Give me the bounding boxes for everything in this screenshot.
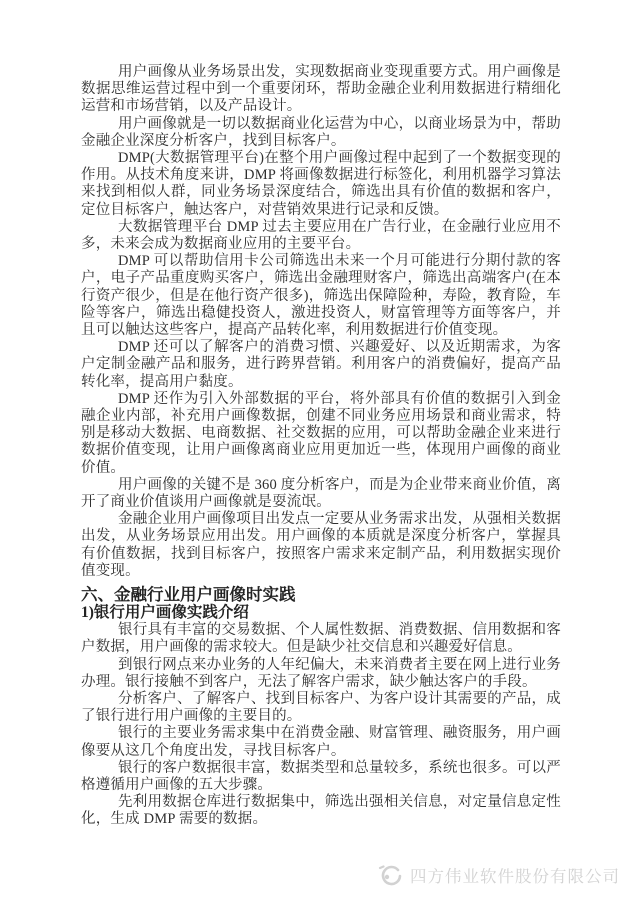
paragraph: DMP 还可以了解客户的消费习惯、兴趣爱好、以及近期需求，为客户定制金融产品和服…	[81, 339, 561, 391]
company-logo-icon	[377, 862, 403, 888]
paragraph: DMP 还作为引入外部数据的平台，将外部具有价值的数据引入到金融企业内部，补充用…	[81, 391, 561, 477]
paragraph: 先利用数据仓库进行数据集中，筛选出强相关信息，对定量信息定性化，生成 DMP 需…	[81, 794, 561, 828]
article-body: 用户画像从业务场景出发，实现数据商业变现重要方式。用户画像是数据思维运营过程中到…	[81, 64, 561, 829]
section-heading: 六、金融行业用户画像时实践	[81, 585, 561, 604]
paragraph: 到银行网点来办业务的人年纪偏大，未来消费者主要在网上进行业务办理。银行接触不到客…	[81, 657, 561, 691]
paragraph: 用户画像从业务场景出发，实现数据商业变现重要方式。用户画像是数据思维运营过程中到…	[81, 64, 561, 116]
company-name: 四方伟业软件股份有限公司	[410, 863, 620, 887]
paragraph: 用户画像就是一切以数据商业化运营为中心，以商业场景为中，帮助金融企业深度分析客户…	[81, 116, 561, 150]
paragraph: 大数据管理平台 DMP 过去主要应用在广告行业，在金融行业应用不多，未来会成为数…	[81, 219, 561, 253]
paragraph: DMP(大数据管理平台)在整个用户画像过程中起到了一个数据变现的作用。从技术角度…	[81, 150, 561, 219]
document-page: 用户画像从业务场景出发，实现数据商业变现重要方式。用户画像是数据思维运营过程中到…	[0, 0, 640, 905]
paragraph: 分析客户、了解客户、找到目标客户、为客户设计其需要的产品，成了银行进行用户画像的…	[81, 691, 561, 725]
paragraph: DMP 可以帮助信用卡公司筛选出未来一个月可能进行分期付款的客户，电子产品重度购…	[81, 253, 561, 339]
paragraph: 银行的主要业务需求集中在消费金融、财富管理、融资服务，用户画像要从这几个角度出发…	[81, 725, 561, 759]
paragraph: 银行的客户数据很丰富，数据类型和总量较多，系统也很多。可以严格遵循用户画像的五大…	[81, 760, 561, 794]
subsection-heading: 1)银行用户画像实践介绍	[81, 604, 561, 622]
paragraph: 金融企业用户画像项目出发点一定要从业务需求出发，从强相关数据出发，从业务场景应用…	[81, 511, 561, 580]
footer-watermark: 四方伟业软件股份有限公司	[377, 862, 620, 888]
paragraph: 用户画像的关键不是 360 度分析客户，而是为企业带来商业价值，离开了商业价值谈…	[81, 477, 561, 511]
paragraph: 银行具有丰富的交易数据、个人属性数据、消费数据、信用数据和客户数据，用户画像的需…	[81, 622, 561, 656]
